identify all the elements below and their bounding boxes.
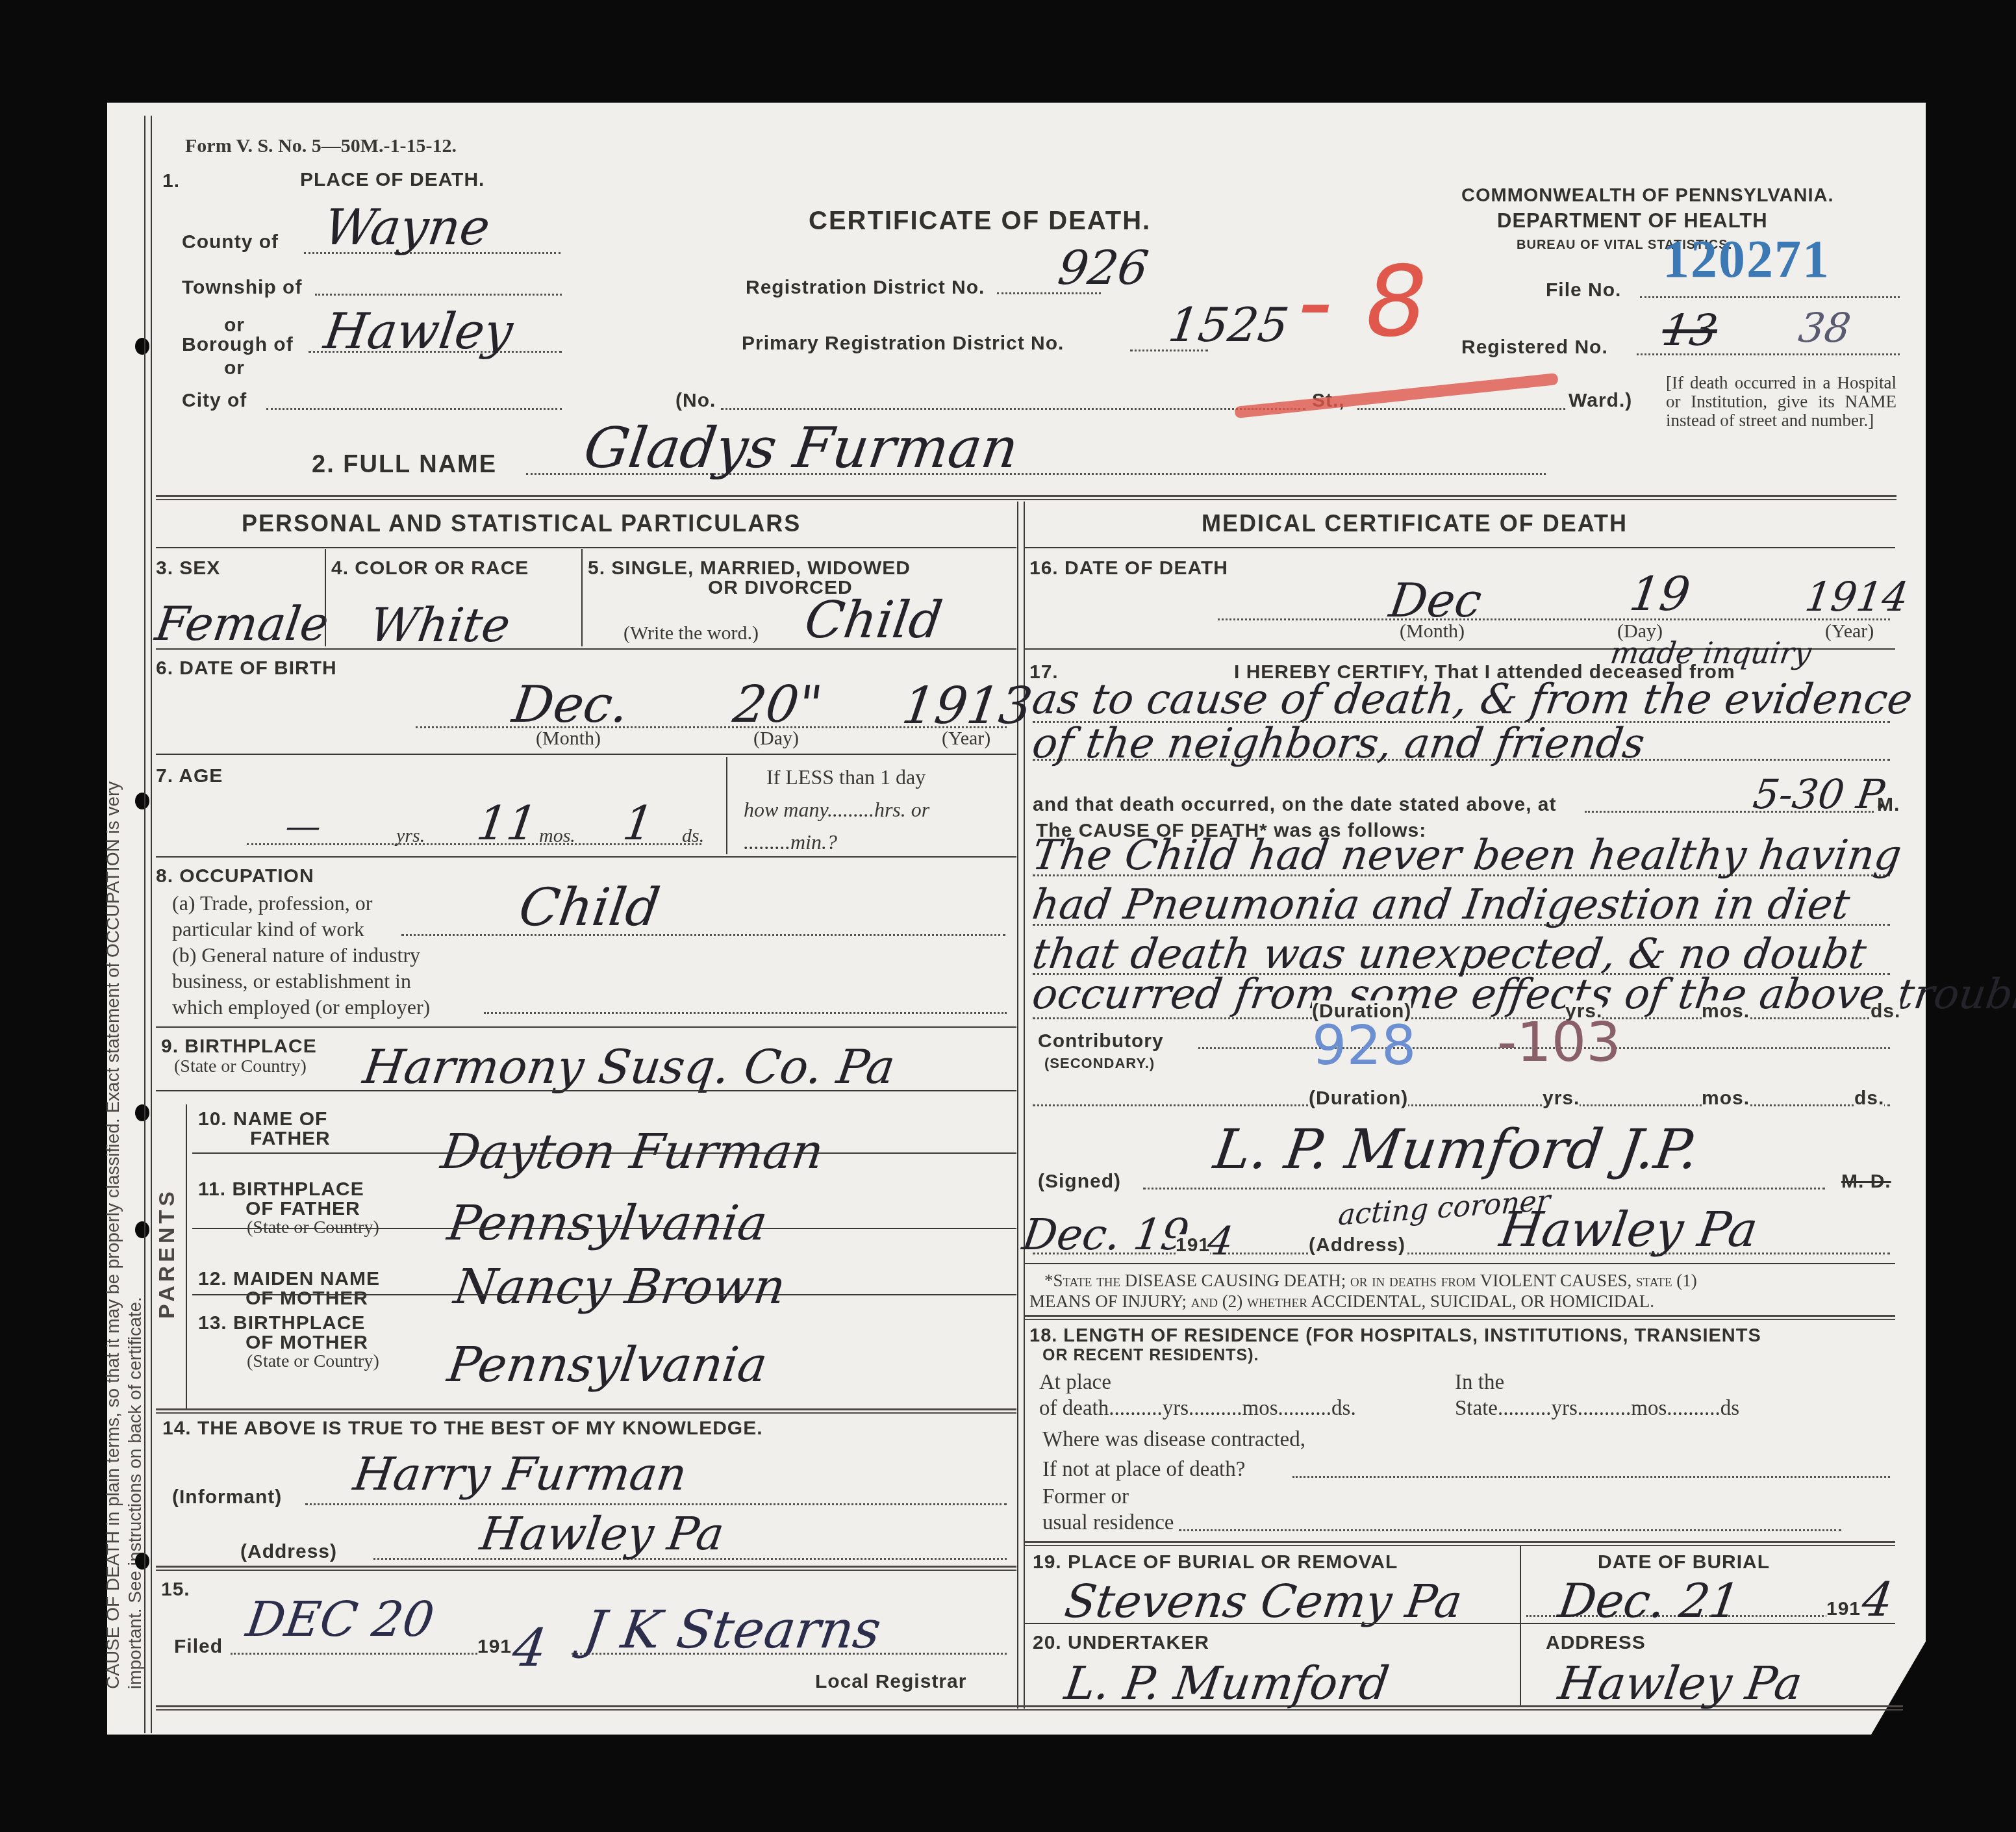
row-divider <box>156 1090 1016 1091</box>
place-of-death-label: PLACE OF DEATH. <box>300 169 485 191</box>
burial-label: 19. PLACE OF BURIAL OR REMOVAL <box>1033 1551 1398 1573</box>
township-label: Township of <box>182 277 302 299</box>
age-years: — <box>283 806 324 846</box>
in-state-1: In the <box>1455 1371 1504 1395</box>
father-label-2: FATHER <box>250 1128 331 1150</box>
mother-bp-value: Pennsylvania <box>444 1337 770 1393</box>
county-value: Wayne <box>321 198 494 256</box>
file-number-stamp: 120271 <box>1663 229 1830 290</box>
duration-mos-2: mos. <box>1702 1088 1750 1110</box>
dob-month-caption: (Month) <box>536 728 601 750</box>
issuer-line1: COMMONWEALTH OF PENNSYLVANIA. <box>1461 185 1834 207</box>
dod-year: 1914 <box>1802 573 1911 620</box>
dob-day-caption: (Day) <box>753 728 799 750</box>
or-label-1: or <box>224 314 245 337</box>
occupation-a-2: particular kind of work <box>172 917 364 941</box>
race-label: 4. COLOR OR RACE <box>331 557 529 579</box>
row-divider <box>192 1294 1016 1295</box>
punch-hole <box>135 338 149 355</box>
row-divider <box>156 648 1016 650</box>
registrar-label: Local Registrar <box>815 1671 966 1693</box>
dod-month-caption: (Month) <box>1400 620 1465 642</box>
duration-mos-1: mos. <box>1702 1000 1750 1023</box>
birthplace-label: 9. BIRTHPLACE <box>161 1036 317 1058</box>
signed-label: (Signed) <box>1038 1171 1121 1193</box>
former-2: usual residence <box>1042 1511 1174 1535</box>
mother-bp-sub: (State or Country) <box>247 1351 379 1372</box>
informant-label: (Informant) <box>172 1486 282 1508</box>
age-mos-caption: mos. <box>539 825 575 847</box>
contracted-2: If not at place of death? <box>1042 1458 1245 1482</box>
place-of-death-number: 1. <box>162 170 180 192</box>
contributory-sub: (SECONDARY.) <box>1044 1055 1155 1072</box>
ward-line <box>1357 408 1565 410</box>
county-label: County of <box>182 231 279 253</box>
undertaker-address-label: ADDRESS <box>1546 1632 1646 1654</box>
duration-line-1 <box>1033 1017 1890 1019</box>
duration-yrs-2: yrs. <box>1543 1088 1580 1110</box>
punch-hole <box>135 1553 149 1570</box>
signed-year-prefix: 191 <box>1176 1234 1210 1256</box>
margin-note-line1: CAUSE OF DEATH in plain terms, so that i… <box>103 195 123 1689</box>
less-than-day-2: how many.........hrs. or <box>744 798 929 822</box>
undertaker-value: L. P. Mumford <box>1061 1657 1392 1710</box>
filed-year-prefix: 191 <box>477 1636 512 1658</box>
burial-value: Stevens Cemy Pa <box>1061 1575 1465 1628</box>
registered-no-label: Registered No. <box>1461 337 1608 359</box>
death-time-suffix: M. <box>1877 794 1900 816</box>
dob-month: Dec. <box>509 676 633 734</box>
full-name-value: Gladys Furman <box>580 416 1022 481</box>
personal-section-title: PERSONAL AND STATISTICAL PARTICULARS <box>242 510 801 537</box>
dob-year: 1913 <box>899 677 1036 735</box>
signed-address-label: (Address) <box>1309 1234 1405 1256</box>
dod-month: Dec <box>1386 573 1485 628</box>
burial-year-prefix: 191 <box>1826 1598 1861 1620</box>
township-line <box>315 294 562 296</box>
age-yrs-caption: yrs. <box>396 825 425 847</box>
occupation-value: Child <box>515 877 663 937</box>
filed-label: Filed <box>174 1636 223 1658</box>
form-number: Form V. S. No. 5—50M.-1-15-12. <box>185 135 457 157</box>
punch-hole <box>135 793 149 809</box>
signed-value: L. P. Mumford J.P. <box>1210 1117 1702 1181</box>
signed-address-value: Hawley Pa <box>1496 1202 1761 1258</box>
informant-value: Harry Furman <box>350 1447 690 1501</box>
full-name-label: 2. FULL NAME <box>312 451 497 479</box>
certificate-title: CERTIFICATE OF DEATH. <box>809 207 1151 236</box>
race-value: White <box>366 598 514 652</box>
duration-label-2: (Duration) <box>1309 1088 1408 1110</box>
header-divider <box>156 495 1896 500</box>
cell-divider <box>325 549 326 646</box>
death-time-printed: and that death occurred, on the date sta… <box>1033 794 1556 816</box>
dob-day: 20" <box>730 676 826 734</box>
row-divider <box>1025 1623 1895 1624</box>
borough-label: Borough of <box>182 334 294 356</box>
institution-note: [If death occurred in a Hospital or Inst… <box>1666 374 1896 430</box>
footnote-line1: *State the DISEASE CAUSING DEATH; or in … <box>1044 1271 1697 1291</box>
residence-label-2: OR RECENT RESIDENTS). <box>1042 1346 1259 1365</box>
row-divider <box>1025 1315 1895 1320</box>
residence-label-1: 18. LENGTH OF RESIDENCE (FOR HOSPITALS, … <box>1029 1325 1761 1347</box>
father-bp-label-2: OF FATHER <box>246 1198 360 1220</box>
undertaker-label: 20. UNDERTAKER <box>1033 1632 1209 1654</box>
borough-value: Hawley <box>321 302 516 360</box>
mother-label-1: 12. MAIDEN NAME <box>198 1268 380 1290</box>
former-1: Former or <box>1042 1485 1129 1509</box>
dod-label: 16. DATE OF DEATH <box>1029 557 1228 579</box>
certify-line-1-value: as to cause of death, & from the evidenc… <box>1029 676 1915 724</box>
street-line <box>721 408 1305 410</box>
row-divider <box>1025 547 1895 548</box>
reg-district-label: Registration District No. <box>746 277 985 299</box>
parents-side-label: PARENTS <box>155 1188 180 1319</box>
undertaker-address-value: Hawley Pa <box>1555 1657 1806 1710</box>
row-divider <box>192 1152 1016 1154</box>
or-label-2: or <box>224 357 245 379</box>
occupation-b-1: (b) General nature of industry <box>172 943 420 967</box>
file-no-line <box>1640 296 1900 298</box>
cell-divider <box>726 757 727 854</box>
signed-date-line <box>1033 1253 1890 1254</box>
age-months: 11 <box>473 796 540 850</box>
left-border-inner <box>151 116 152 1733</box>
row-divider <box>1025 1263 1895 1264</box>
less-than-day-3: .........min.? <box>744 830 837 854</box>
informant-address-label: (Address) <box>240 1541 337 1563</box>
marital-hint: (Write the word.) <box>624 622 759 644</box>
at-place-1: At place <box>1039 1371 1111 1395</box>
primary-reg-value: 1525 <box>1165 298 1292 352</box>
occupation-b-3: which employed (or employer) <box>172 995 430 1019</box>
dod-day: 19 <box>1626 566 1693 621</box>
reg-district-value: 926 <box>1055 240 1152 295</box>
mother-label-2: OF MOTHER <box>246 1288 368 1310</box>
certify-line-2-value: of the neighbors, and friends <box>1029 720 1648 768</box>
occupation-a-line <box>401 934 1005 936</box>
coding-number-red: -103 <box>1497 1010 1621 1074</box>
ward-label: Ward.) <box>1569 390 1632 412</box>
row-divider <box>192 1228 1016 1229</box>
occupation-a-1: (a) Trade, profession, or <box>172 891 372 915</box>
informant-address-value: Hawley Pa <box>477 1507 727 1560</box>
death-time-value: 5-30 P. <box>1750 770 1892 818</box>
father-label-1: 10. NAME OF <box>198 1108 327 1130</box>
duration-ds-2: ds. <box>1854 1088 1884 1110</box>
mother-bp-label-2: OF MOTHER <box>246 1332 368 1354</box>
in-state-2: State..........yrs..........mos.........… <box>1455 1397 1739 1421</box>
coding-number-blue: 928 <box>1312 1013 1416 1077</box>
red-pencil-mark: - 8 <box>1289 246 1437 359</box>
md-struck: M. D. <box>1841 1171 1891 1193</box>
street-no-label: (No. <box>675 390 716 412</box>
occupation-b-line <box>484 1012 1007 1014</box>
duration-ds-1: ds. <box>1871 1000 1900 1023</box>
left-border <box>144 116 145 1733</box>
file-no-label: File No. <box>1546 279 1621 301</box>
father-bp-label-1: 11. BIRTHPLACE <box>198 1178 364 1201</box>
city-line <box>266 408 562 410</box>
less-than-day-1: If LESS than 1 day <box>766 765 926 789</box>
row-divider <box>1025 1541 1895 1546</box>
registered-no-value: 38 <box>1796 304 1854 351</box>
father-value: Dayton Furman <box>438 1124 827 1180</box>
dod-line <box>1218 618 1890 620</box>
row-divider <box>156 547 1016 548</box>
cell-divider <box>1520 1546 1521 1705</box>
punch-hole <box>135 1221 149 1238</box>
row-divider <box>156 1408 1016 1414</box>
cause-line-1: The Child had never been healthy having <box>1029 832 1904 880</box>
attest-label: 14. THE ABOVE IS TRUE TO THE BEST OF MY … <box>162 1418 763 1440</box>
dob-label: 6. DATE OF BIRTH <box>156 657 337 680</box>
marital-label-1: 5. SINGLE, MARRIED, WIDOWED <box>588 557 911 579</box>
marital-value: Child <box>801 591 946 650</box>
informant-line <box>305 1503 1007 1505</box>
contracted-line <box>1292 1476 1890 1478</box>
mother-value: Nancy Brown <box>451 1259 789 1315</box>
burial-date-label: DATE OF BURIAL <box>1598 1551 1770 1573</box>
filed-value: DEC 20 <box>243 1592 438 1648</box>
occupation-b-2: business, or establishment in <box>172 969 411 993</box>
father-bp-value: Pennsylvania <box>444 1195 770 1251</box>
sex-value: Female <box>152 596 332 651</box>
row-divider <box>156 856 1016 858</box>
occupation-label: 8. OCCUPATION <box>156 865 314 887</box>
dod-year-caption: (Year) <box>1825 620 1874 642</box>
sex-label: 3. SEX <box>156 557 220 579</box>
parents-bracket <box>186 1104 187 1410</box>
cell-divider <box>581 549 583 646</box>
duration-line-2 <box>1033 1104 1890 1106</box>
birthplace-value: Harmony Susq. Co. Pa <box>360 1039 898 1094</box>
punch-hole <box>135 1104 149 1121</box>
footnote-line2: MEANS OF INJURY; and (2) whether ACCIDEN… <box>1029 1291 1654 1312</box>
contracted-1: Where was disease contracted, <box>1042 1428 1305 1452</box>
dob-year-caption: (Year) <box>942 728 990 750</box>
birthplace-sub: (State or Country) <box>174 1056 307 1077</box>
row-divider <box>156 1566 1016 1571</box>
row-divider <box>156 1026 1016 1028</box>
certify-insert: made inquiry <box>1608 635 1813 670</box>
mother-bp-label-1: 13. BIRTHPLACE <box>198 1312 365 1334</box>
city-label: City of <box>182 390 247 412</box>
registrar-signature: J K Stearns <box>580 1599 885 1660</box>
row-divider <box>156 754 1016 755</box>
contributory-label: Contributory <box>1038 1030 1164 1052</box>
margin-note-line2: important. See instructions on back of c… <box>125 195 145 1689</box>
age-ds-caption: ds. <box>682 825 704 847</box>
burial-date-value: Dec. 21 <box>1555 1573 1743 1628</box>
medical-section-title: MEDICAL CERTIFICATE OF DEATH <box>1202 510 1628 537</box>
filed-line <box>231 1653 477 1655</box>
cause-line-2: had Pneumonia and Indigestion in diet <box>1029 881 1853 929</box>
registered-no-struck: 13 <box>1659 305 1721 355</box>
age-label: 7. AGE <box>156 765 223 787</box>
former-line <box>1179 1529 1841 1531</box>
at-place-2: of death..........yrs..........mos......… <box>1039 1397 1356 1421</box>
filed-number: 15. <box>161 1579 190 1601</box>
primary-reg-label: Primary Registration District No. <box>742 333 1064 355</box>
